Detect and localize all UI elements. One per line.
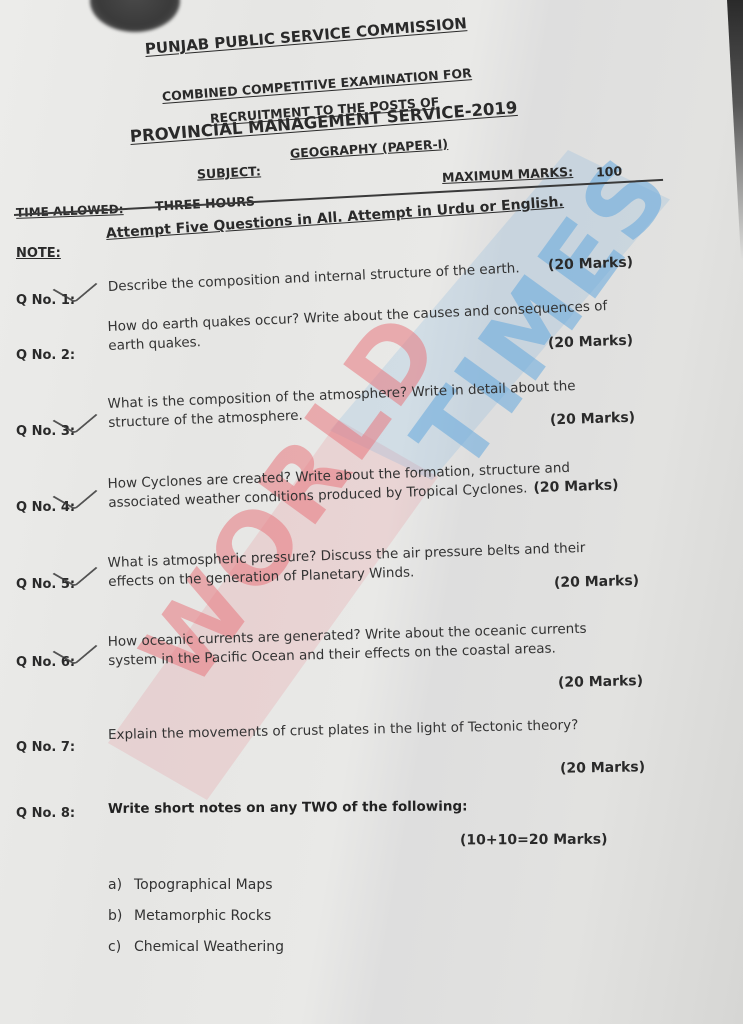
question-number: Q No. 8: — [16, 806, 75, 821]
question-marks: (20 Marks) — [548, 333, 634, 352]
short-note-option: b)Metamorphic Rocks — [108, 901, 284, 932]
question-text: Write short notes on any TWO of the foll… — [108, 797, 468, 819]
question-marks: (20 Marks) — [550, 410, 636, 429]
question-marks: (20 Marks) — [554, 573, 639, 591]
question-number: Q No. 2: — [16, 348, 75, 363]
question-marks: (20 Marks) — [533, 477, 619, 496]
question-marks: (10+10=20 Marks) — [460, 832, 608, 849]
question-number: Q No. 7: — [16, 740, 75, 755]
max-marks-label: MAXIMUM MARKS: — [442, 164, 574, 185]
subject-value: GEOGRAPHY (PAPER-I) — [290, 136, 449, 161]
max-marks-value: 100 — [596, 163, 623, 179]
note-label: NOTE: — [16, 246, 61, 261]
commission-title: PUNJAB PUBLIC SERVICE COMMISSION — [144, 14, 467, 58]
question-marks: (20 Marks) — [560, 759, 645, 776]
short-note-option: a)Topographical Maps — [108, 870, 284, 901]
option-letter: b) — [108, 901, 134, 932]
option-text: Chemical Weathering — [134, 939, 284, 955]
option-text: Metamorphic Rocks — [134, 908, 271, 924]
short-notes-options: a)Topographical Mapsb)Metamorphic Rocksc… — [108, 870, 284, 963]
option-letter: a) — [108, 870, 134, 901]
question-line: Write short notes on any TWO of the foll… — [108, 797, 468, 819]
option-text: Topographical Maps — [134, 877, 273, 893]
exam-header: PUNJAB PUBLIC SERVICE COMMISSION COMBINE… — [0, 0, 743, 230]
question-marks: (20 Marks) — [548, 254, 634, 273]
subject-label: SUBJECT: — [197, 163, 262, 181]
short-note-option: c)Chemical Weathering — [108, 932, 284, 963]
question-marks: (20 Marks) — [558, 673, 643, 691]
option-letter: c) — [108, 932, 134, 963]
